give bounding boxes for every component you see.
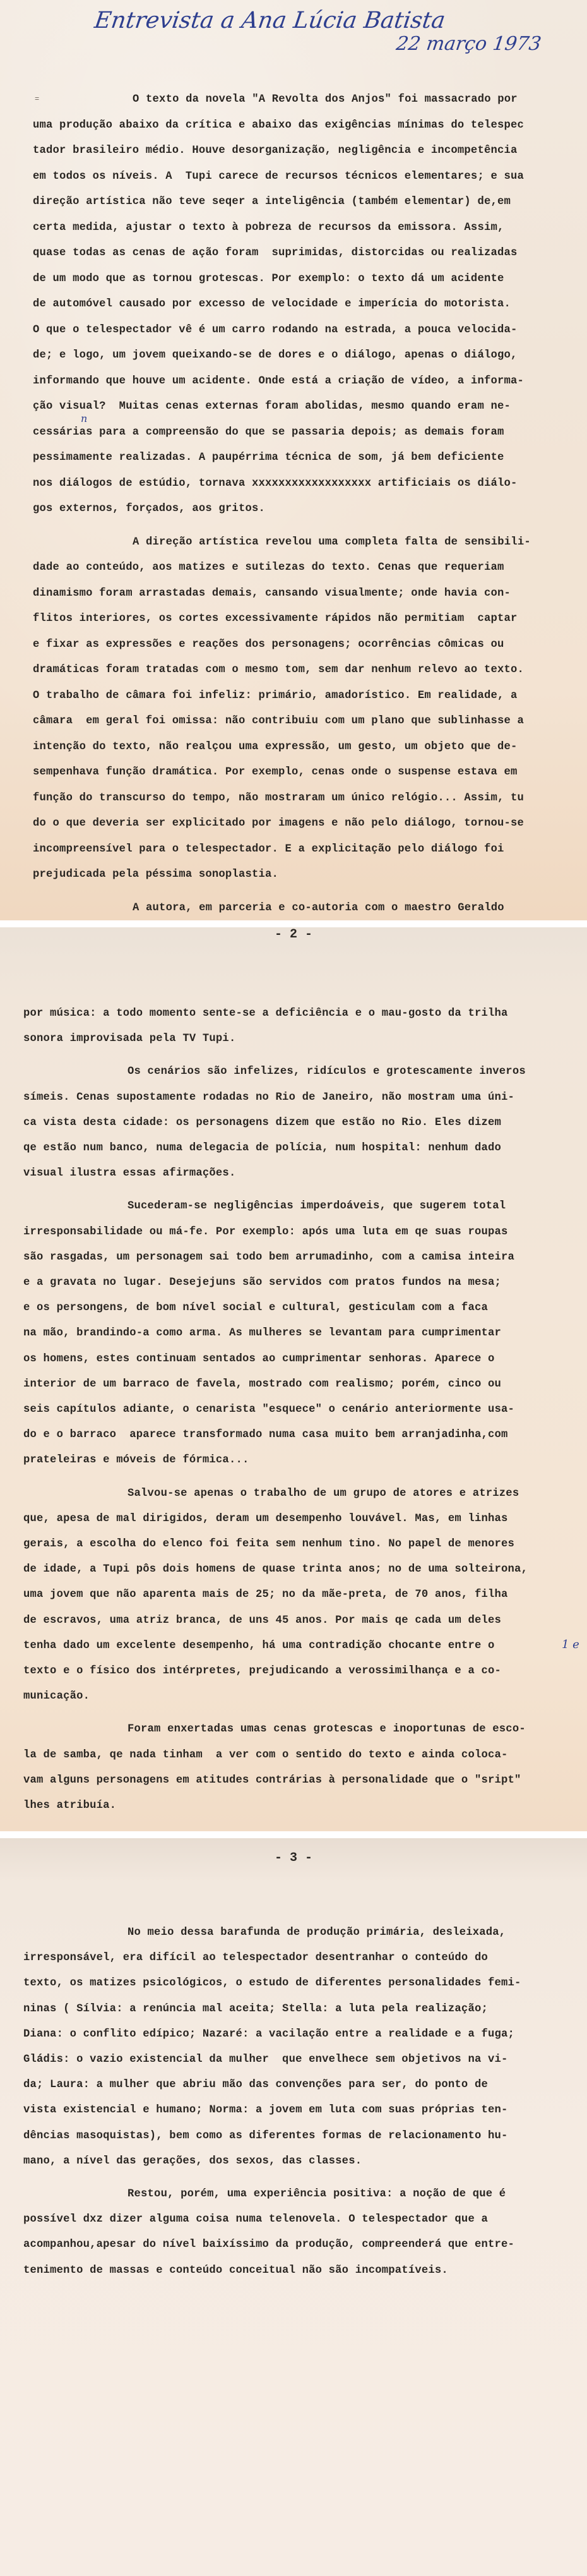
document-page-1: Entrevista a Ana Lúcia Batista 22 março … bbox=[0, 0, 587, 920]
text-line: e os persongens, de bom nível social e c… bbox=[23, 1302, 488, 1315]
text-line: os homens, estes continuam sentados ao c… bbox=[23, 1353, 495, 1366]
paragraph-first-line: No meio dessa barafunda de produção prim… bbox=[23, 1927, 506, 1939]
text-line: direção artística não teve seqer a intel… bbox=[33, 196, 511, 208]
text-line: informando que houve um acidente. Onde e… bbox=[33, 375, 524, 388]
paragraph-first-line: O texto da novela "A Revolta dos Anjos" … bbox=[33, 93, 518, 106]
text-line: vam alguns personagens em atitudes contr… bbox=[23, 1774, 521, 1787]
text-line: função do transcurso do tempo, não mostr… bbox=[33, 792, 524, 805]
text-line: pessimamente realizadas. A paupérrima té… bbox=[33, 452, 504, 464]
text-line: de idade, a Tupi pôs dois homens de quas… bbox=[23, 1563, 528, 1576]
text-line: tenha dado um excelente desempenho, há u… bbox=[23, 1640, 495, 1652]
text-line: gos externos, forçados, aos gritos. bbox=[33, 503, 265, 515]
text-line: visual ilustra essas afirmações. bbox=[23, 1167, 235, 1180]
text-line: prateleiras e móveis de fórmica... bbox=[23, 1454, 249, 1467]
text-line: acompanhou,apesar do nível baixíssimo da… bbox=[23, 2239, 514, 2251]
text-line: ninas ( Sílvia: a renúncia mal aceita; S… bbox=[23, 2003, 488, 2016]
text-line: dramáticas foram tratadas com o mesmo to… bbox=[33, 664, 524, 677]
text-line: do e o barraco aparece transformado numa… bbox=[23, 1429, 508, 1441]
text-line: prejudicada pela péssima sonoplastia. bbox=[33, 869, 278, 881]
text-line: que, apesa de mal dirigidos, deram um de… bbox=[23, 1513, 508, 1526]
document-page-2: - 2 - 1 e por música: a todo momento sen… bbox=[0, 927, 587, 1831]
text-line: irresponsabilidade ou má-fe. Por exemplo… bbox=[23, 1226, 508, 1239]
page-number: - 3 - bbox=[0, 1851, 587, 1865]
text-line: quase todas as cenas de ação foram supri… bbox=[33, 247, 518, 260]
page-number: - 2 - bbox=[0, 927, 587, 942]
text-line: ção visual? Muitas cenas externas foram … bbox=[33, 400, 511, 413]
paragraph-first-line: Os cenários são infelizes, ridículos e g… bbox=[23, 1066, 526, 1078]
text-line: de; e logo, um jovem queixando-se de dor… bbox=[33, 349, 518, 362]
paragraph-first-line: Restou, porém, uma experiência positiva:… bbox=[23, 2188, 506, 2201]
text-line: O que o telespectador vê é um carro roda… bbox=[33, 324, 518, 337]
page-separator bbox=[0, 1831, 587, 1838]
text-line: cessárias para a compreensão do que se p… bbox=[33, 426, 504, 439]
text-line: Diana: o conflito edípico; Nazaré: a vac… bbox=[23, 2028, 514, 2041]
paragraph-first-line: A direção artística revelou uma completa… bbox=[33, 536, 531, 549]
text-line: por música: a todo momento sente-se a de… bbox=[23, 1008, 508, 1020]
handwritten-correction: 1 e bbox=[562, 1638, 579, 1651]
text-line: flitos interiores, os cortes excessivame… bbox=[33, 613, 518, 625]
text-line: tenimento de massas e conteúdo conceitua… bbox=[23, 2265, 448, 2277]
text-line: seis capítulos adiante, o cenarista "esq… bbox=[23, 1404, 514, 1416]
text-line: do o que deveria ser explicitado por ima… bbox=[33, 817, 524, 830]
text-line: sempenhava função dramática. Por exemplo… bbox=[33, 766, 518, 779]
text-line: de um modo que as tornou grotescas. Por … bbox=[33, 273, 504, 286]
text-line: vista existencial e humano; Norma: a jov… bbox=[23, 2104, 508, 2117]
text-line: gerais, a escolha do elenco foi feita se… bbox=[23, 1538, 514, 1551]
text-line: e a gravata no lugar. Desejejuns são ser… bbox=[23, 1277, 501, 1289]
text-line: tador brasileiro médio. Houve desorganiz… bbox=[33, 145, 518, 157]
text-line: intenção do texto, não realçou uma expre… bbox=[33, 741, 518, 754]
paragraph-first-line: Salvou-se apenas o trabalho de um grupo … bbox=[23, 1488, 519, 1500]
handwritten-correction: n bbox=[81, 412, 87, 424]
text-line: certa medida, ajustar o texto à pobreza … bbox=[33, 222, 504, 234]
text-line: nos diálogos de estúdio, tornava xxxxxxx… bbox=[33, 478, 518, 490]
text-line: sonora improvisada pela TV Tupi. bbox=[23, 1033, 235, 1045]
text-line: mano, a nível das gerações, dos sexos, d… bbox=[23, 2155, 362, 2168]
document-page-3: - 3 - No meio dessa barafunda de produçã… bbox=[0, 1838, 587, 2576]
text-line: interior de um barraco de favela, mostra… bbox=[23, 1378, 501, 1391]
text-line: símeis. Cenas supostamente rodadas no Ri… bbox=[23, 1092, 514, 1104]
text-line: qe estão num banco, numa delegacia de po… bbox=[23, 1142, 501, 1155]
text-line: irresponsável, era difícil ao telespecta… bbox=[23, 1952, 488, 1965]
text-line: municação. bbox=[23, 1690, 90, 1703]
page-separator bbox=[0, 920, 587, 927]
text-line: incompreensível para o telespectador. E … bbox=[33, 843, 504, 856]
text-line: e fixar as expressões e reações dos pers… bbox=[33, 639, 504, 651]
text-line: Gládis: o vazio existencial da mulher qu… bbox=[23, 2054, 508, 2066]
text-line: lhes atribuía. bbox=[23, 1800, 116, 1812]
text-line: da; Laura: a mulher que abriu mão das co… bbox=[23, 2079, 488, 2091]
text-line: em todos os níveis. A Tupi carece de rec… bbox=[33, 171, 524, 183]
paragraph-first-line: A autora, em parceria e co-autoria com o… bbox=[33, 902, 504, 915]
paragraph-first-line: Sucederam-se negligências imperdoáveis, … bbox=[23, 1200, 506, 1213]
text-line: O trabalho de câmara foi infeliz: primár… bbox=[33, 690, 518, 702]
text-line: ca vista desta cidade: os personagens di… bbox=[23, 1117, 501, 1129]
text-line: uma jovem que não aparenta mais de 25; n… bbox=[23, 1589, 508, 1601]
text-line: possível dxz dizer alguma coisa numa tel… bbox=[23, 2213, 488, 2226]
handwritten-title: Entrevista a Ana Lúcia Batista bbox=[93, 8, 447, 33]
text-line: la de samba, qe nada tinham a ver com o … bbox=[23, 1749, 508, 1762]
text-line: texto, os matizes psicológicos, o estudo… bbox=[23, 1977, 521, 1990]
text-line: de escravos, uma atriz branca, de uns 45… bbox=[23, 1615, 501, 1627]
text-line: dinamismo foram arrastadas demais, cansa… bbox=[33, 587, 511, 600]
text-line: uma produção abaixo da crítica e abaixo … bbox=[33, 119, 524, 132]
paragraph-first-line: Foram enxertadas umas cenas grotescas e … bbox=[23, 1723, 526, 1736]
text-line: câmara em geral foi omissa: não contribu… bbox=[33, 715, 524, 728]
text-line: dade ao conteúdo, aos matizes e sutileza… bbox=[33, 562, 504, 574]
handwritten-date: 22 março 1973 bbox=[395, 33, 543, 55]
text-line: texto e o físico dos intérpretes, prejud… bbox=[23, 1665, 501, 1678]
text-line: na mão, brandindo-a como arma. As mulher… bbox=[23, 1327, 501, 1340]
text-line: dências masoquistas), bem como as difere… bbox=[23, 2130, 508, 2143]
text-line: são rasgadas, um personagem sai todo bem… bbox=[23, 1251, 514, 1264]
text-line: de automóvel causado por excesso de velo… bbox=[33, 298, 511, 311]
